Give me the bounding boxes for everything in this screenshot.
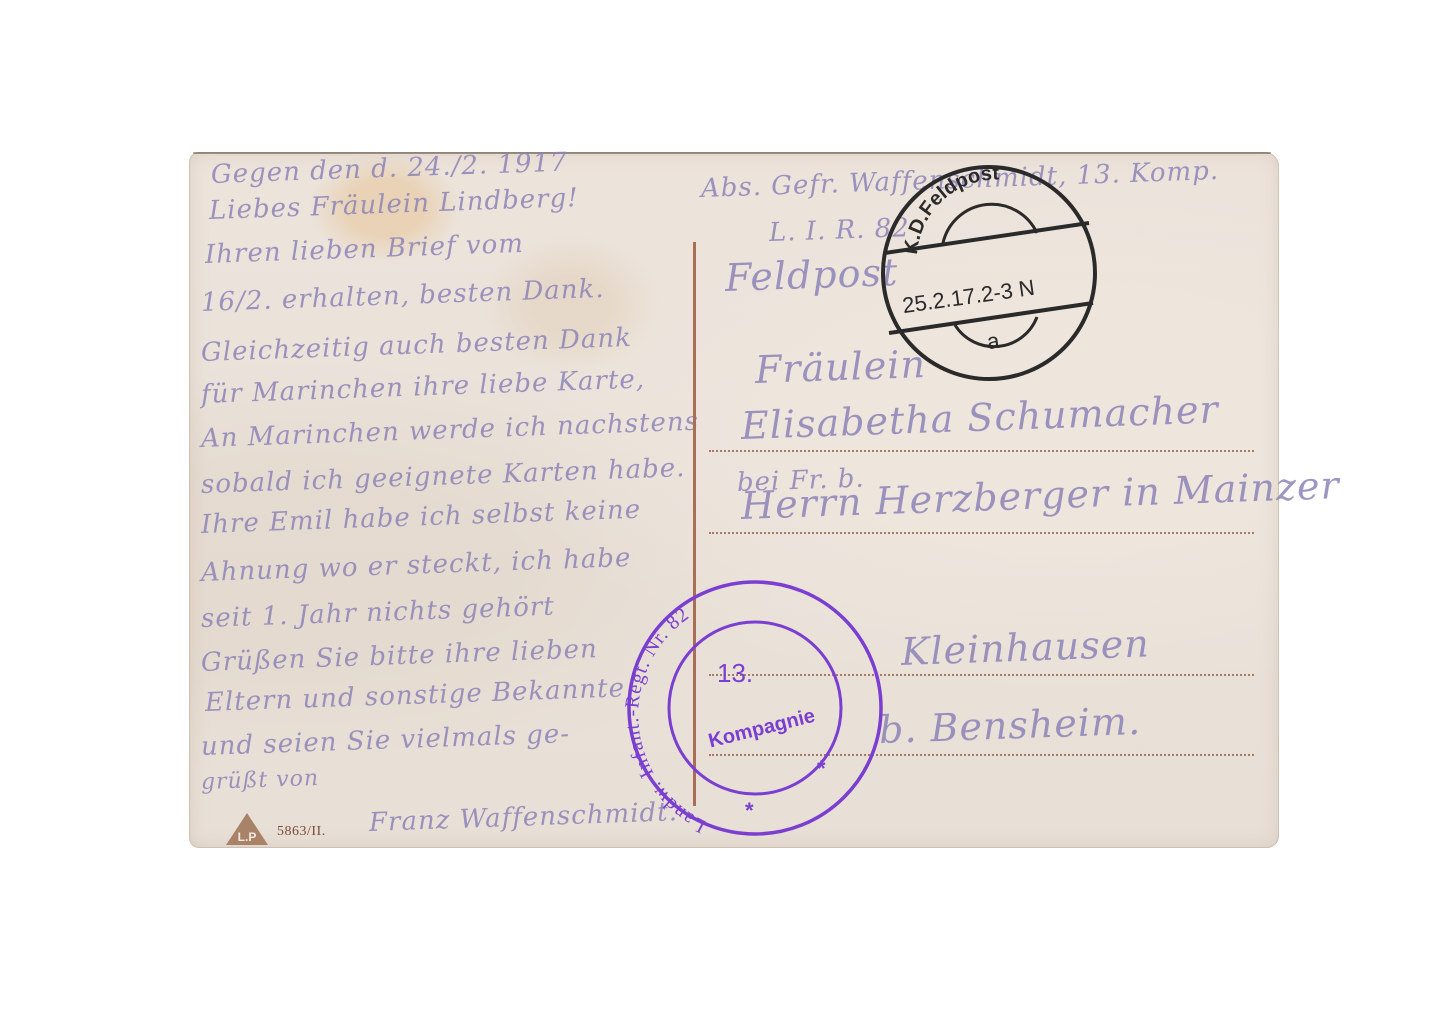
publisher-number: 5863/II. [277, 824, 326, 840]
address-line: b. Bensheim. [878, 699, 1141, 752]
company-number: 13. [717, 658, 753, 688]
message-line: grüßt von [201, 766, 320, 795]
company-label: Kompagnie [706, 705, 817, 753]
message-line: An Marinchen werde ich nachstens [200, 407, 699, 454]
message-line: Ihre Emil habe ich selbst keine [200, 495, 641, 540]
message-line: Eltern und sonstige Bekannte [204, 673, 625, 718]
message-line: Grüßen Sie bitte ihre lieben [200, 634, 598, 678]
message-line: sobald ich geeignete Karten habe. [200, 453, 685, 500]
postcard: Gegen den d. 24./2. 1917 Liebes Fräulein… [189, 152, 1279, 848]
svg-text:L.P: L.P [238, 830, 257, 844]
svg-text:Landw.-Infant.-Regt. Nr. 82: Landw.-Infant.-Regt. Nr. 82 [621, 603, 709, 837]
card-top-edge [193, 152, 1271, 154]
regiment-stamp: Landw.-Infant.-Regt. Nr. 82 13. Kompagni… [617, 570, 893, 846]
stamp-ornament-right: * [817, 756, 826, 781]
message-line: und seien Sie vielmals ge- [200, 719, 570, 762]
address-rule [709, 450, 1254, 452]
message-line: 16/2. erhalten, besten Dank. [200, 274, 605, 318]
sender-line: Feldpost [724, 250, 899, 300]
publisher-imprint: L.P 5863/II. [225, 812, 326, 846]
postmark-date: 25.2.17.2-3 N [901, 275, 1036, 318]
address-rule [709, 532, 1254, 534]
regiment-ring-text: Landw.-Infant.-Regt. Nr. 82 [621, 603, 709, 837]
message-line: Ihren lieben Brief vom [204, 229, 524, 270]
postmark-letter: a [985, 328, 1001, 355]
stamp-ornament-bottom: * [745, 798, 754, 823]
feldpost-postmark: K.D.Feldpost 25.2.17.2-3 N a [877, 161, 1101, 385]
message-line: seit 1. Jahr nichts gehört [200, 592, 555, 634]
message-line: für Marinchen ihre liebe Karte, [200, 365, 645, 410]
message-line: Liebes Fräulein Lindberg! [208, 183, 579, 226]
message-line: Gleichzeitig auch besten Dank [200, 323, 632, 368]
address-line: Elisabetha Schumacher [740, 387, 1219, 448]
address-line: Kleinhausen [900, 621, 1150, 674]
message-line: Ahnung wo er steckt, ich habe [200, 543, 631, 588]
publisher-triangle-logo: L.P [225, 812, 269, 846]
scan-background: Gegen den d. 24./2. 1917 Liebes Fräulein… [0, 0, 1445, 1009]
